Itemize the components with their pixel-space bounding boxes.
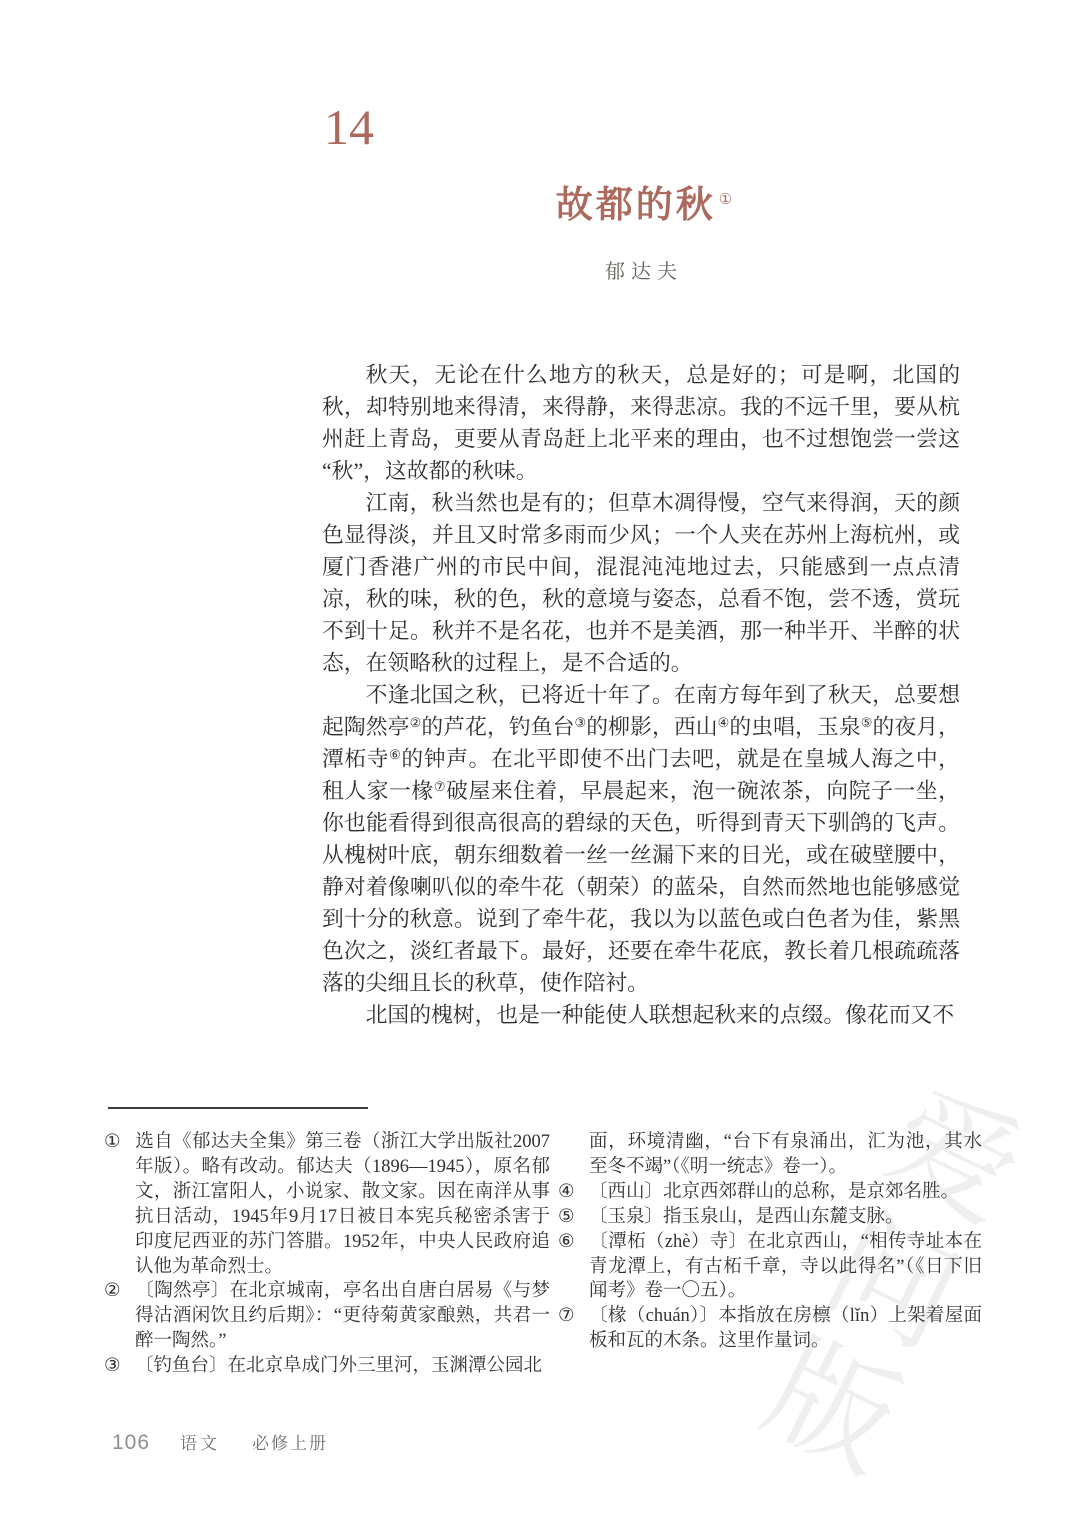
- footnote-number: ⑥: [558, 1230, 589, 1255]
- lesson-number: 14: [324, 100, 374, 155]
- footnote-item: ④〔西山〕北京西郊群山的总称，是京郊名胜。: [558, 1180, 982, 1205]
- footnote-number: ①: [104, 1130, 135, 1155]
- footnote-number: ⑦: [558, 1304, 589, 1329]
- title-footnote-ref: ①: [719, 192, 732, 208]
- author-name: 郁达夫: [322, 255, 966, 284]
- footnote-item: ②〔陶然亭〕在北京城南，亭名出自唐白居易《与梦得沽酒闲饮且约后期》：“更待菊黄家…: [104, 1279, 550, 1354]
- footnote-continuation: 面，环境清幽，“台下有泉涌出，汇为池，其水至冬不竭”（《明一统志》卷一）。: [558, 1130, 982, 1180]
- lesson-title: 故都的秋①: [322, 184, 966, 228]
- footnote-item: ⑥〔潭柘（zhè）寺〕在北京西山，“相传寺址本在青龙潭上，有古柘千章，寺以此得名…: [558, 1230, 982, 1305]
- footnote-number: ④: [558, 1180, 589, 1205]
- footnote-text: 〔玉泉〕指玉泉山，是西山东麓支脉。: [589, 1207, 904, 1227]
- lesson-title-text: 故都的秋: [556, 185, 716, 226]
- volume-label: 必修上册: [252, 1429, 328, 1454]
- footnote-item: ③〔钓鱼台〕在北京阜成门外三里河，玉渊潭公园北: [104, 1354, 550, 1379]
- paragraph: 不逢北国之秋，已将近十年了。在南方每年到了秋天，总要想起陶然亭②的芦花，钓鱼台③…: [322, 679, 960, 999]
- paragraph: 江南，秋当然也是有的；但草木凋得慢，空气来得润，天的颜色显得淡，并且又时常多雨而…: [322, 487, 960, 679]
- page-footer: 106 语文 必修上册: [112, 1429, 328, 1455]
- footnote-item: ①选自《郁达夫全集》第三卷（浙江大学出版社2007年版）。略有改动。郁达夫（18…: [104, 1130, 550, 1279]
- footnote-item: ⑦〔椽（chuán）〕本指放在房檩（lǐn）上架着屋面板和瓦的木条。这里作量词。: [558, 1304, 982, 1354]
- footnote-text: 〔椽（chuán）〕本指放在房檩（lǐn）上架着屋面板和瓦的木条。这里作量词。: [589, 1306, 982, 1351]
- footnotes-left-column: ①选自《郁达夫全集》第三卷（浙江大学出版社2007年版）。略有改动。郁达夫（18…: [104, 1130, 550, 1379]
- textbook-page: 14 故都的秋① 郁达夫 秋天，无论在什么地方的秋天，总是好的；可是啊，北国的秋…: [0, 0, 1080, 1527]
- footnote-text: 〔钓鱼台〕在北京阜成门外三里河，玉渊潭公园北: [135, 1356, 542, 1376]
- footnote-number: ③: [104, 1354, 135, 1379]
- footnote-number: ②: [104, 1279, 135, 1304]
- footnote-item: ⑤〔玉泉〕指玉泉山，是西山东麓支脉。: [558, 1205, 982, 1230]
- subject-label: 语文: [180, 1429, 220, 1454]
- footnote-text: 选自《郁达夫全集》第三卷（浙江大学出版社2007年版）。略有改动。郁达夫（189…: [135, 1132, 550, 1277]
- article-body: 秋天，无论在什么地方的秋天，总是好的；可是啊，北国的秋，却特别地来得清，来得静，…: [322, 359, 960, 1031]
- page-number: 106: [112, 1431, 150, 1455]
- footnote-text: 〔西山〕北京西郊群山的总称，是京郊名胜。: [589, 1182, 959, 1202]
- footnote-text: 〔陶然亭〕在北京城南，亭名出自唐白居易《与梦得沽酒闲饮且约后期》：“更待菊黄家酿…: [135, 1281, 550, 1351]
- footnotes-right-column: 面，环境清幽，“台下有泉涌出，汇为池，其水至冬不竭”（《明一统志》卷一）。 ④〔…: [558, 1130, 982, 1354]
- paragraph: 秋天，无论在什么地方的秋天，总是好的；可是啊，北国的秋，却特别地来得清，来得静，…: [322, 359, 960, 487]
- footnote-divider: [108, 1107, 368, 1109]
- footnote-number: ⑤: [558, 1205, 589, 1230]
- footnote-text: 〔潭柘（zhè）寺〕在北京西山，“相传寺址本在青龙潭上，有古柘千章，寺以此得名”…: [589, 1232, 982, 1302]
- paragraph: 北国的槐树，也是一种能使人联想起秋来的点缀。像花而又不: [322, 999, 960, 1031]
- footnote-text: 面，环境清幽，“台下有泉涌出，汇为池，其水至冬不竭”（《明一统志》卷一）。: [589, 1132, 982, 1177]
